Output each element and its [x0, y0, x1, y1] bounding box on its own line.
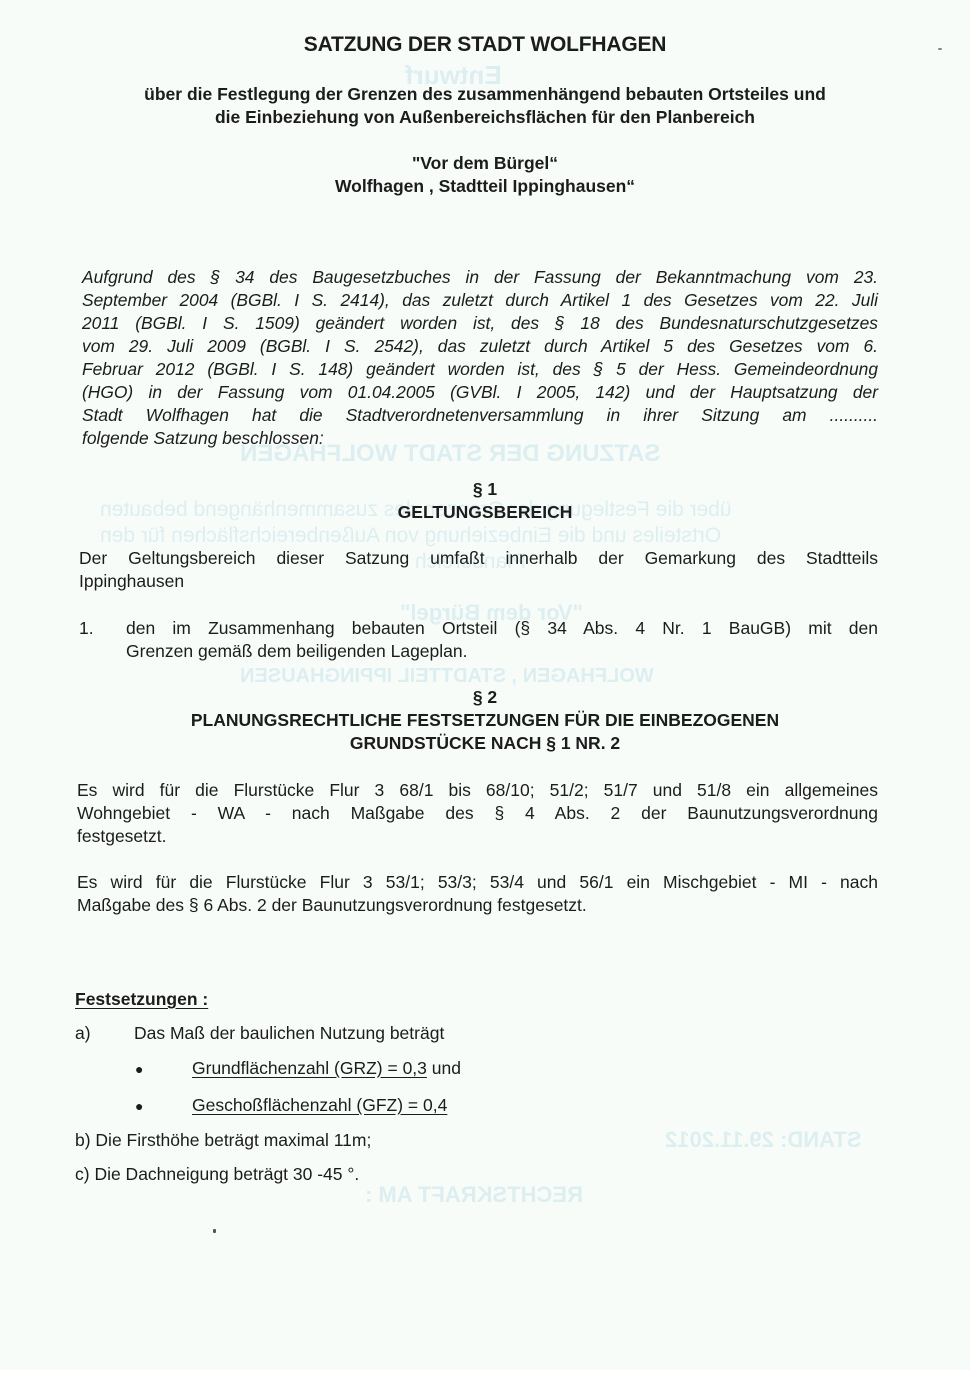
item-c-text: c) Die Dachneigung beträgt 30 -45 °. — [75, 1164, 359, 1185]
section-2-paragraph-1: Es wird für die Flurstücke Flur 3 68/1 b… — [77, 779, 878, 848]
show-through-subtitle-2: Ortsteiles und die Einbeziehung von Auße… — [100, 524, 721, 548]
grz-suffix: und — [427, 1058, 461, 1078]
gfz-value: Geschoßflächenzahl (GFZ) = 0,4 — [192, 1095, 447, 1116]
item-a-marker: a) — [75, 1023, 91, 1044]
preamble: Aufgrund des § 34 des Baugesetzbuches in… — [82, 266, 878, 450]
document-page: Entwurf SATZUNG DER STADT WOLFHAGEN über… — [0, 0, 970, 1370]
preamble-line: September 2004 (BGBl. I S. 2414), das zu… — [82, 289, 878, 312]
document-subtitle: über die Festlegung der Grenzen des zusa… — [0, 83, 970, 129]
preamble-line: Februar 2012 (BGBl. I S. 148) geändert w… — [82, 358, 878, 381]
subtitle-line: die Einbeziehung von Außenbereichsfläche… — [0, 106, 970, 129]
preamble-line: folgende Satzung beschlossen: — [82, 427, 878, 450]
section-1-number: § 1 — [0, 478, 970, 501]
plan-name-line: Wolfhagen , Stadtteil Ippinghausen“ — [0, 175, 970, 198]
preamble-line: (HGO) in der Fassung vom 01.04.2005 (GVB… — [82, 381, 878, 404]
preamble-line: vom 29. Juli 2009 (BGBl. I S. 2542), das… — [82, 335, 878, 358]
paragraph-line: Es wird für die Flurstücke Flur 3 53/1; … — [77, 871, 878, 894]
plan-name: "Vor dem Bürgel“ Wolfhagen , Stadtteil I… — [0, 152, 970, 198]
item-a-text: Das Maß der baulichen Nutzung beträgt — [134, 1023, 444, 1044]
section-1-item-line: den im Zusammenhang bebauten Ortsteil (§… — [126, 617, 878, 640]
section-1-heading: GELTUNGSBEREICH — [0, 501, 970, 524]
item-b-text: b) Die Firsthöhe beträgt maximal 11m; — [75, 1130, 371, 1151]
section-2-heading-line: PLANUNGSRECHTLICHE FESTSETZUNGEN FÜR DIE… — [0, 709, 970, 732]
preamble-line: Stadt Wolfhagen hat die Stadtverordneten… — [82, 404, 878, 427]
scan-speck — [938, 48, 942, 50]
show-through-stand: STAND: 29.11.2012 — [665, 1127, 861, 1153]
plan-name-line: "Vor dem Bürgel“ — [0, 152, 970, 175]
preamble-line: Aufgrund des § 34 des Baugesetzbuches in… — [82, 266, 878, 289]
gfz-underlined: Geschoßflächenzahl (GFZ) = 0,4 — [192, 1095, 447, 1115]
section-2-paragraph-2: Es wird für die Flurstücke Flur 3 53/1; … — [77, 871, 878, 917]
section-1-item-marker: 1. — [79, 617, 94, 640]
preamble-line: 2011 (BGBl. I S. 1509) geändert worden i… — [82, 312, 878, 335]
section-1-item-line: Grenzen gemäß dem beiligenden Lageplan. — [126, 640, 878, 663]
section-1-intro-line: Ippinghausen — [79, 570, 878, 593]
section-2-heading: PLANUNGSRECHTLICHE FESTSETZUNGEN FÜR DIE… — [0, 709, 970, 755]
section-2-number: § 2 — [0, 686, 970, 709]
paragraph-line: Wohngebiet - WA - nach Maßgabe des § 4 A… — [77, 802, 878, 825]
grz-underlined: Grundflächenzahl (GRZ) = 0,3 — [192, 1058, 427, 1078]
grz-value: Grundflächenzahl (GRZ) = 0,3 und — [192, 1058, 461, 1079]
bullet-icon: ● — [135, 1098, 143, 1114]
show-through-plan-2: WOLFHAGEN , STADTTEIL IPPINGHAUSEN — [240, 665, 654, 688]
bullet-icon: ● — [135, 1061, 143, 1077]
document-title: SATZUNG DER STADT WOLFHAGEN — [0, 33, 970, 57]
festsetzungen-heading: Festsetzungen : — [75, 989, 208, 1010]
section-1-intro-line: Der Geltungsbereich dieser Satzung umfaß… — [79, 547, 878, 570]
paragraph-line: Maßgabe des § 6 Abs. 2 der Baunutzungsve… — [77, 894, 878, 917]
show-through-rechtskraft: RECHTSKRAFT AM : — [365, 1182, 583, 1208]
paragraph-line: Es wird für die Flurstücke Flur 3 68/1 b… — [77, 779, 878, 802]
section-1-intro: Der Geltungsbereich dieser Satzung umfaß… — [79, 547, 878, 593]
paragraph-line: festgesetzt. — [77, 825, 878, 848]
section-1-item: den im Zusammenhang bebauten Ortsteil (§… — [126, 617, 878, 663]
scan-speck — [213, 1229, 216, 1233]
subtitle-line: über die Festlegung der Grenzen des zusa… — [0, 83, 970, 106]
section-2-heading-line: GRUNDSTÜCKE NACH § 1 NR. 2 — [0, 732, 970, 755]
